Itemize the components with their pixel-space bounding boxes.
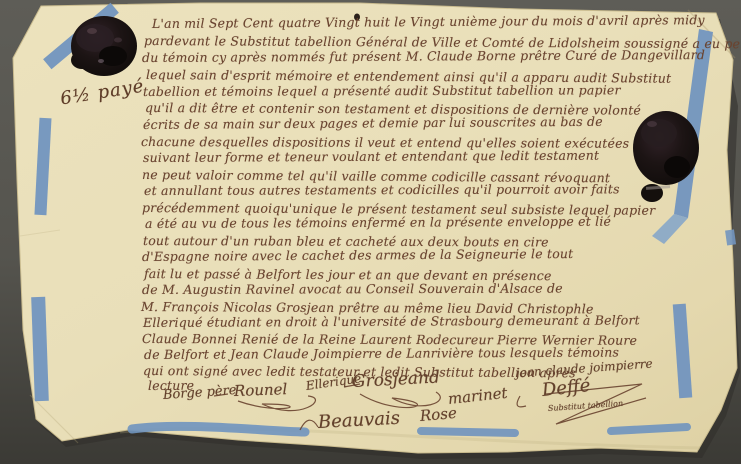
manuscript-text-block: 6½ payé L'an mil Sept Cent quatre Vingt … (0, 0, 741, 464)
manuscript-line: du témoin cy après nommés fut présent M.… (142, 47, 705, 65)
signature-marinet: marinet (447, 384, 508, 408)
signature-rounel: Rounel (234, 380, 288, 400)
signature-deffe: Deffé (541, 375, 591, 401)
signature-grosjeand: Grosjeand (351, 367, 440, 392)
manuscript-line: d'Espagne noire avec le cachet des armes… (142, 246, 573, 264)
signature-rose: Rose (419, 404, 457, 425)
manuscript-line: de Belfort et Jean Claude Joimpierre de … (144, 345, 619, 362)
manuscript-line: suivant leur forme et teneur voulant et … (143, 148, 599, 165)
manuscript-line: Elleriqué étudiant en droit à l'universi… (143, 312, 640, 330)
scanned-manuscript-photo: 6½ payé L'an mil Sept Cent quatre Vingt … (0, 0, 741, 464)
fee-annotation: 6½ payé (59, 76, 146, 110)
manuscript-line: tabellion et témoins lequel a présenté a… (143, 82, 621, 99)
manuscript-line: L'an mil Sept Cent quatre Vingt huit le … (152, 12, 705, 31)
signature-beauvais: Beauvais (317, 408, 400, 433)
signature-deffe-title: Substitut tabellion (548, 399, 624, 413)
manuscript-line: et annullant tous autres testaments et c… (144, 181, 620, 198)
manuscript-line: a été au vu de tous les témoins enfermé … (145, 214, 611, 231)
manuscript-line: de M. Augustin Ravinel avocat au Conseil… (142, 281, 563, 297)
manuscript-line: écrits de sa main sur deux pages et demi… (143, 114, 603, 132)
